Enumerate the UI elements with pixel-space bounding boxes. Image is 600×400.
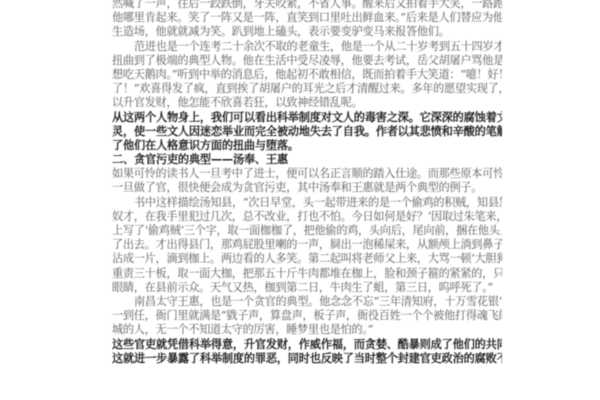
body-line: 了！”欢喜得发了疯，直到挨了胡屠户的耳光之后才清醒过来。多年的愿望实现了，从此可 <box>112 82 502 96</box>
body-line: 城的人，无一个不知道太守的厉害，睡梦里也是怕的。” <box>112 323 502 337</box>
body-line: 一到任，衙门里就满是“戥子声，算盘声，板子声，衙役百姓一个个被他打得魂飞魄散，合 <box>112 309 502 323</box>
bold-summary-line: 这些官吏就凭借科举得意，升官发财，作威作福，而贪婪、酷暴则成了他们的共同特征。 <box>112 338 502 352</box>
paragraph-first-line: 范进也是一个连考二十余次不取的老童生，他是一个从二十岁考到五十四岁才中举，而心理 <box>112 40 502 54</box>
section-heading: 二、贪官污吏的典型——汤奉、王惠 <box>112 153 502 167</box>
body-line: 奴才，在我手里犯过几次，总不改业，打也不怕。今日如何是好？’因取过朱笔来，在他脸 <box>112 210 502 224</box>
bold-summary-line: 灵，使一些文人因迷恋举业而完全被动地失去了自我。作者以其悲愤和辛酸的笔触，写出 <box>112 125 502 139</box>
bold-summary-line: 了他们在人格意识方面的扭曲与堕落。 <box>112 139 502 153</box>
body-line: 他哪里肯起来。笑了一阵又是一阵，直笑到口里吐出鲜血来。”后来是人们替应为他闹一个 <box>112 11 502 25</box>
body-line: 以升官发财，他怎能不欣喜若狂，以致神经错乱呢。 <box>112 96 502 110</box>
paragraph-first-line: 南昌太守王惠，也是一个贪官的典型。他念念不忘“三年清知府，十万雪花银”的通例，他 <box>112 295 502 309</box>
body-line: 眼睛，在县前示众。天气又热，枷到第二日，牛肉生了蛆，第三日，呜呼死了。” <box>112 281 502 295</box>
body-line: 上写了‘偷鸡贼’三个字，取一面枷枷了，把他偷的鸡，头向后，尾向前，捆在他头上，枷 <box>112 224 502 238</box>
document-page: 然喊了一声，往后一跤跌倒，牙关咬紧，不省人事。醒来后又拍着手大笑，一路跑 他哪里… <box>112 0 502 366</box>
body-line: 生造场，他就就减为笑。趴到地上磕头，表示要变驴变马来报答他们。 <box>112 25 502 39</box>
paragraph-first-line: 书中这样描绘汤知县，“次日早堂，头一起带进来的是一个偷鸡的积贼，知县怒道，‘你这 <box>112 196 502 210</box>
body-line: 想吃天鹅肉。”听到中举的消息后，他起初不敢相信，既而拍着手大笑道：“噫！好！我中 <box>112 68 502 82</box>
body-line: 了出去。才出得县门，那鸡屁股里喇的一声，屙出一泡稀屎来，从额颅上淌到鼻子上，胡子 <box>112 238 502 252</box>
body-line: 如果可怜的读书人一旦考中了进士，便可以名正言顺的踏入仕途。而那些原本可怜的读书人 <box>112 167 502 181</box>
bold-summary-line: 这就进一步暴露了科举制度的罪恶，同时也反映了当时整个封建官吏政治的腐败不堪。 <box>112 352 502 366</box>
body-line: 一旦做了官，很快便会成为贪官污吏，其中汤奉和王惠就是两个典型的例子。 <box>112 181 502 195</box>
bold-summary-line: 从这两个人物身上，我们可以看出科举制度对文人的毒害之深。它深深的腐蚀着文士的心 <box>112 111 502 125</box>
body-line: 重责三十板，取一面大枷，把那五十斤牛肉都堆在枷上，脸和颈子箍的紧紧的，只剩得两个 <box>112 267 502 281</box>
body-line: 扭曲到了极端的典型人物。他在生活中受尽凌辱，他要去考试，岳父胡屠户骂他是“癞蛤蟆 <box>112 54 502 68</box>
body-line: 然喊了一声，往后一跤跌倒，牙关咬紧，不省人事。醒来后又拍着手大笑，一路跑 <box>112 0 502 11</box>
body-line: 沾成一片，滴到枷上。两边看的人多笑。第二起叫将老师父上来，大骂一顿‘大胆狗奴’， <box>112 252 502 266</box>
